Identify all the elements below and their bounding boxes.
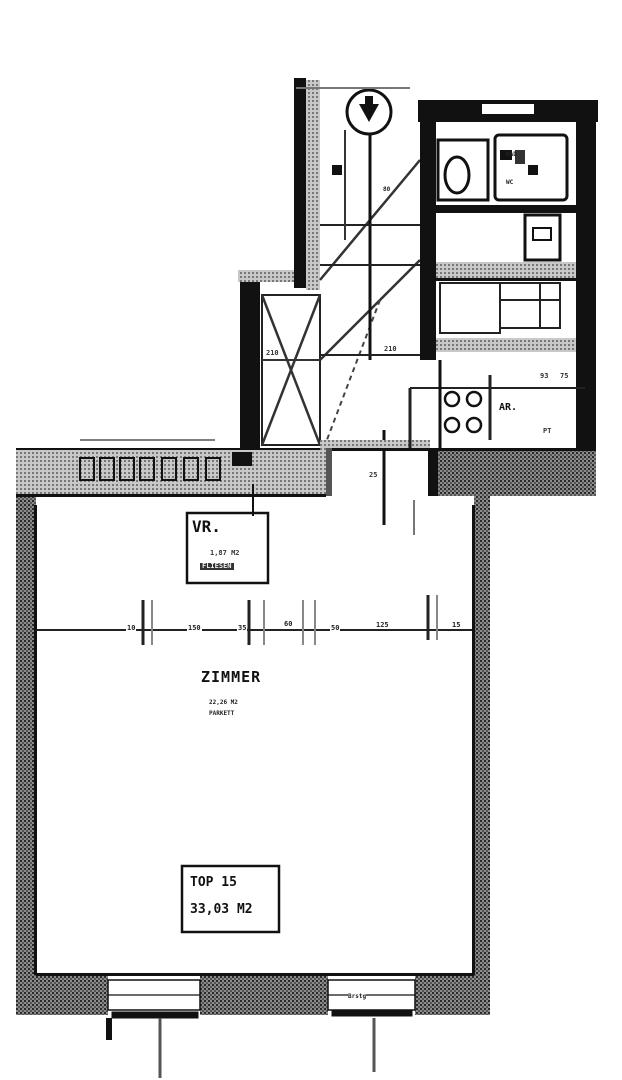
dimension-label: 10 [126,625,136,632]
room-name-wc: WC [506,180,513,186]
window-right [328,980,415,1016]
room-name-zimmer: ZIMMER [201,670,261,685]
dimension-label: 35 [237,625,247,632]
dimension-line [36,595,472,645]
abstellraum-code: PT [543,428,551,435]
dimension-label: 210 [384,346,397,353]
dimension-label: 75 [560,373,568,380]
unit-label: TOP 15 [190,876,237,889]
window-label: Brstg [348,994,366,1000]
dimension-label: 150 [187,625,202,632]
room-area-zimmer: 22,26 M2 [209,700,238,706]
bathroom-block [410,100,598,496]
floor-plan: VR. 1,87 M2 FLIESEN ZIMMER 22,26 M2 PARK… [0,0,622,1080]
dimension-label: 60 [283,621,293,628]
stair-area [238,78,435,450]
unit-area: 33,03 M2 [190,903,253,916]
room-name-vorraum: VR. [192,519,221,535]
dimension-label: 210 [266,350,279,357]
dimension-label: 15 [451,622,461,629]
room-name-bad: BAD [506,152,517,158]
dimension-label: 80 [383,187,390,193]
floor-plan-drawing [0,0,622,1080]
dimension-label: 125 [375,622,390,629]
dimension-label: 50 [330,625,340,632]
room-area-vorraum: 1,87 M2 [210,550,240,557]
dimension-label: 25 [369,472,377,479]
window-left [108,980,200,1018]
room-floor-vorraum: FLIESEN [200,563,234,570]
room-floor-zimmer: PARKETT [209,711,234,717]
dimension-label: 93 [540,373,548,380]
room-name-abstellraum: AR. [499,403,517,413]
